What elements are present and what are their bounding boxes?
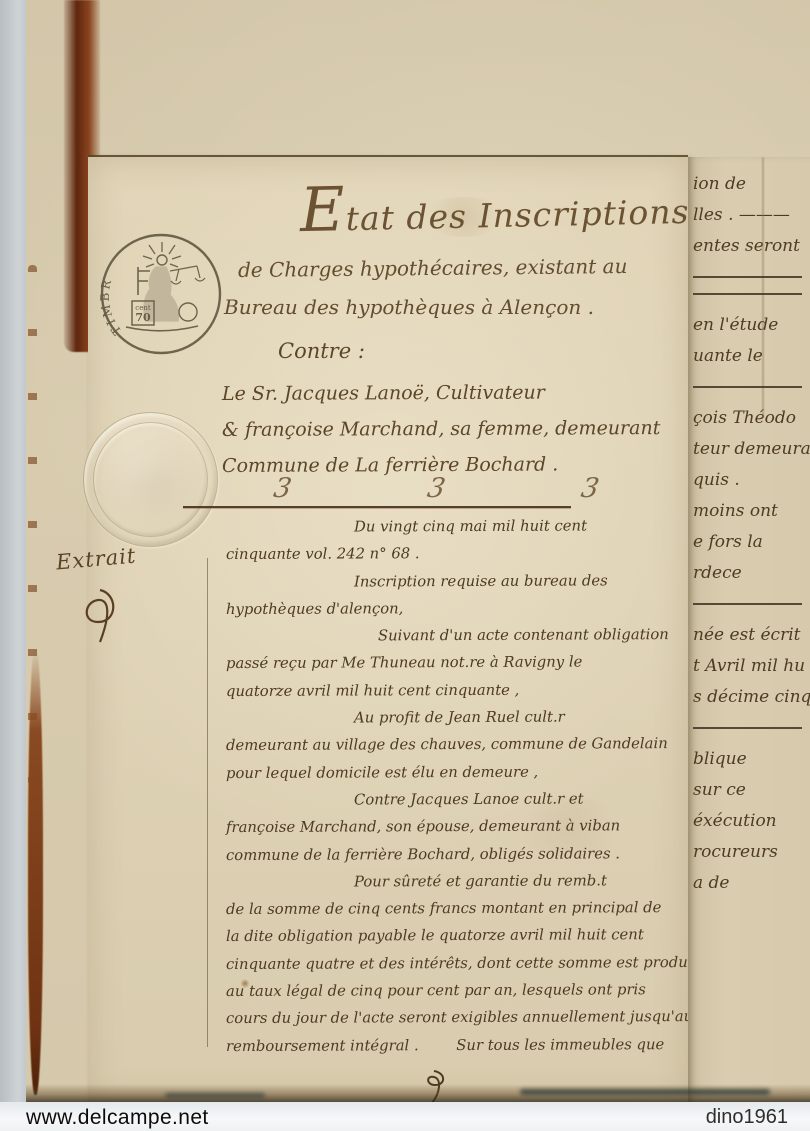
manuscript-line: françoise Marchand, son épouse, demeuran…	[226, 812, 696, 841]
partial-text-line: née est écrit	[693, 620, 810, 651]
manuscript-line: la dite obligation payable le quatorze a…	[226, 921, 696, 950]
manuscript-line: cinquante vol. 242 n° 68 .	[226, 539, 696, 568]
manuscript-page: TIMBRE cent 70	[88, 157, 688, 1102]
manuscript-line: de la somme de cinq cents francs montant…	[226, 894, 696, 923]
heading-line: Bureau des hypothèques à Alençon .	[224, 295, 594, 319]
scanned-document-photo: TIMBRE cent 70	[0, 0, 810, 1131]
manuscript-line: quatorze avril mil huit cent cinquante ,	[226, 676, 696, 705]
manuscript-line: hypothèques d'alençon,	[226, 594, 696, 623]
partial-text-line: uante le	[693, 341, 810, 372]
timbre-fiscal-stamp-icon: TIMBRE cent 70	[96, 229, 226, 359]
manuscript-line: cinquante quatre et des intérêts, dont c…	[226, 949, 696, 978]
partial-text-line: teur demeuran	[693, 434, 810, 465]
manuscript-line: pour lequel domicile est élu en demeure …	[226, 758, 696, 787]
partial-text-line: moins ont	[693, 496, 810, 527]
manuscript-line: remboursement intégral . Sur tous les im…	[226, 1031, 696, 1060]
watermark-username: dino1961	[706, 1106, 788, 1129]
contre-line: & françoise Marchand, sa femme, demeuran…	[222, 410, 660, 448]
manuscript-line: Contre Jacques Lanoe cult.r et	[226, 785, 696, 814]
ink-rule	[693, 603, 802, 605]
heading-line: de Charges hypothécaires, existant au	[238, 254, 628, 282]
scales-icon	[170, 266, 205, 284]
manuscript-line: cours du jour de l'acte seront exigibles…	[226, 1003, 696, 1032]
scanner-background-strip	[0, 0, 26, 1102]
manuscript-line: Du vingt cinq mai mil huit cent	[226, 512, 696, 541]
margin-rule-line	[207, 558, 208, 1047]
partial-text-line: ion de	[693, 169, 810, 200]
ink-rule	[693, 293, 802, 295]
figure-head	[157, 255, 167, 265]
scanner-bottom-strip: www.delcampe.net dino1961	[0, 1102, 810, 1131]
embossed-seal-inner	[93, 422, 208, 537]
embossed-seal	[83, 412, 218, 547]
document-title: Etat des Inscriptions	[299, 179, 689, 239]
partial-text-line: en l'étude	[693, 310, 810, 341]
partial-text-line: e fors la	[693, 527, 810, 558]
partial-text-line: quis .	[693, 465, 810, 496]
manuscript-line: au taux légal de cinq pour cent par an, …	[226, 976, 696, 1005]
ink-smudge	[520, 1089, 770, 1095]
manuscript-line: Au profit de Jean Ruel cult.r	[226, 703, 696, 732]
partial-text-line: éxécution	[693, 806, 810, 837]
ink-rule	[693, 727, 802, 729]
partial-text-line: blique	[693, 744, 810, 775]
wheel	[179, 303, 197, 321]
stamp-value-label: 70	[135, 311, 151, 324]
underlying-page-lines: ion delles . ———entes seronten l'étudeua…	[688, 157, 810, 899]
ink-smudge	[165, 1093, 265, 1098]
manuscript-line: demeurant au village des chauves, commun…	[226, 730, 696, 759]
underlying-page: ion delles . ———entes seronten l'étudeua…	[688, 157, 810, 1102]
manuscript-line: passé reçu par Me Thuneau not.re à Ravig…	[226, 648, 696, 677]
partial-text-line: rdece	[693, 558, 810, 589]
manuscript-line: Pour sûreté et garantie du remb.t	[226, 867, 696, 896]
ink-rule	[693, 386, 802, 388]
watermark-site: www.delcampe.net	[26, 1106, 209, 1130]
page-crease	[762, 157, 764, 417]
svg-text:TIMBRE: TIMBRE	[96, 229, 124, 338]
ground-line	[126, 326, 198, 331]
book-binding-bottom	[28, 650, 43, 1095]
partial-text-line: sur ce	[693, 775, 810, 806]
manuscript-line: commune de la ferrière Bochard, obligés …	[226, 840, 696, 869]
partial-text-line: çois Théodo	[693, 403, 810, 434]
contre-line: Le Sr. Jacques Lanoë, Cultivateur	[222, 374, 660, 412]
stamp-arc-label: TIMBRE	[96, 229, 124, 338]
section-rule	[183, 506, 571, 508]
partial-text-line: t Avril mil hu	[693, 651, 810, 682]
manuscript-line: Suivant d'un acte contenant obligation	[226, 621, 696, 650]
contre-lines: Le Sr. Jacques Lanoë, Cultivateur& franç…	[222, 375, 660, 483]
partial-text-line: lles . ———	[693, 200, 810, 231]
manuscript-line: Inscription requise au bureau des	[226, 567, 696, 596]
partial-text-line: a de	[693, 868, 810, 899]
contre-label: Contre :	[278, 339, 365, 363]
margin-flourish-icon	[76, 584, 122, 660]
partial-text-line: s décime cinqu	[693, 682, 810, 713]
partial-text-line: rocureurs	[693, 837, 810, 868]
partial-text-line: entes seront	[693, 231, 810, 262]
ink-rule	[693, 276, 802, 278]
contre-flourishes: 3 3 3	[271, 473, 601, 504]
manuscript-body: Du vingt cinq mai mil huit centcinquante…	[226, 513, 696, 1059]
